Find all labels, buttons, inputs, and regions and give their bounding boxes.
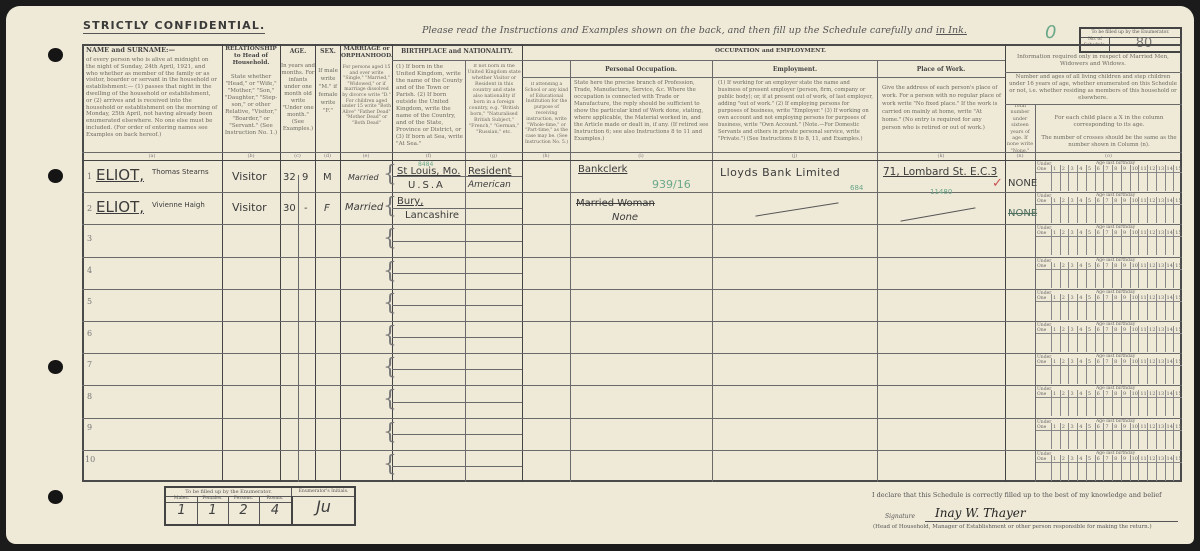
grid-line bbox=[392, 434, 522, 435]
brace-icon: { bbox=[383, 325, 397, 347]
grid-line bbox=[1130, 165, 1131, 191]
surname: ELIOT, bbox=[96, 198, 144, 216]
grid-line bbox=[1095, 294, 1096, 320]
grid-line bbox=[1036, 172, 1182, 173]
grid-line bbox=[1077, 423, 1078, 449]
header-relationship-title: RELATIONSHIP to Head of Household. bbox=[223, 46, 279, 67]
age-grid: Under OneAge last birthday12345678910111… bbox=[1036, 258, 1182, 288]
grid-line bbox=[1051, 358, 1052, 384]
grid-line bbox=[1103, 358, 1104, 384]
grid-line bbox=[1173, 229, 1174, 255]
footer-value: 2 bbox=[228, 503, 259, 518]
punch-hole bbox=[48, 48, 63, 62]
grid-line bbox=[82, 192, 1182, 193]
grid-line bbox=[82, 385, 1182, 386]
grid-line bbox=[1138, 358, 1139, 384]
grid-line bbox=[1060, 455, 1061, 481]
brace-icon: { bbox=[383, 293, 397, 315]
col-letter-j: (j) bbox=[712, 153, 877, 159]
brace-icon: { bbox=[383, 422, 397, 444]
grid-line bbox=[1068, 455, 1069, 481]
grid-line bbox=[82, 257, 1182, 258]
grid-line bbox=[1036, 462, 1182, 463]
grid-line bbox=[1121, 262, 1122, 288]
grid-line bbox=[1103, 423, 1104, 449]
occupation-struck: Married Woman bbox=[576, 198, 655, 209]
grid-line bbox=[1173, 197, 1174, 223]
row-number: 10 bbox=[85, 455, 95, 464]
grid-line bbox=[1165, 165, 1166, 191]
grid-line bbox=[1147, 455, 1148, 481]
grid-line bbox=[1068, 326, 1069, 352]
grid-line bbox=[1147, 390, 1148, 416]
signature-label: Signature bbox=[885, 513, 915, 520]
forenames: Vivienne Haigh bbox=[152, 201, 205, 209]
header-birthplace: BIRTHPLACE and NATIONALITY. bbox=[393, 48, 521, 55]
grid-line bbox=[82, 450, 1182, 451]
grid-line bbox=[1086, 294, 1087, 320]
grid-line bbox=[1060, 262, 1061, 288]
header-marriage-title: MARRIAGE or ORPHANHOOD. bbox=[341, 46, 392, 60]
grid-line bbox=[392, 369, 522, 370]
declaration-text: I declare that this Schedule is correctl… bbox=[872, 491, 1162, 499]
document-title: STRICTLY CONFIDENTIAL. bbox=[83, 19, 265, 34]
brace-icon: { bbox=[383, 164, 397, 186]
grid-line bbox=[1036, 204, 1182, 205]
punch-hole bbox=[48, 360, 63, 374]
occupation-code: 939/16 bbox=[652, 178, 691, 191]
grid-line bbox=[1068, 358, 1069, 384]
grid-line bbox=[1112, 262, 1113, 288]
sex: F bbox=[324, 203, 330, 214]
row-number: 5 bbox=[87, 297, 92, 306]
row-number: 1 bbox=[87, 172, 92, 181]
occupation: Bankclerk bbox=[578, 164, 627, 175]
instruction-text: Please read the Instructions and Example… bbox=[422, 25, 933, 36]
grid-line bbox=[1165, 294, 1166, 320]
grid-line bbox=[1051, 390, 1052, 416]
col-letter-d: (d) bbox=[315, 153, 340, 159]
grid-line bbox=[1051, 423, 1052, 449]
grid-line bbox=[1130, 197, 1131, 223]
employer: Lloyds Bank Limited bbox=[720, 166, 840, 179]
punch-hole bbox=[48, 169, 63, 183]
grid-line bbox=[1165, 262, 1166, 288]
row-number: 6 bbox=[87, 329, 92, 338]
header-birthplace-body2: If not born in the United Kingdom state … bbox=[467, 64, 521, 136]
grid-line bbox=[1165, 423, 1166, 449]
age-grid: Under OneAge last birthday12345678910111… bbox=[1036, 225, 1182, 255]
grid-line bbox=[1068, 165, 1069, 191]
brace-icon: { bbox=[383, 389, 397, 411]
header-children-total: Total number under sixteen years of age.… bbox=[1006, 104, 1034, 155]
header-employment-title: Employment. bbox=[713, 66, 877, 73]
grid-line bbox=[1077, 165, 1078, 191]
footer-col-persons: Persons. 2 bbox=[228, 496, 260, 524]
grid-line bbox=[1086, 455, 1087, 481]
grid-line bbox=[392, 305, 522, 306]
grid-line bbox=[1068, 262, 1069, 288]
grid-line bbox=[1138, 390, 1139, 416]
grid-line bbox=[1051, 262, 1052, 288]
grid-line bbox=[82, 224, 1182, 225]
grid-line bbox=[1138, 326, 1139, 352]
age-years: 32 bbox=[283, 172, 296, 183]
grid-line bbox=[1095, 358, 1096, 384]
brace-icon: { bbox=[383, 357, 397, 379]
age-grid: Under OneAge last birthday12345678910111… bbox=[1036, 322, 1182, 352]
grid-line bbox=[1173, 423, 1174, 449]
grid-line bbox=[1112, 455, 1113, 481]
footer-col-males: Males. 1 bbox=[166, 496, 198, 524]
header-relationship-body: State whether "Head," or "Wife," "Mother… bbox=[223, 74, 279, 137]
children-total: NONE bbox=[1008, 208, 1037, 219]
grid-line bbox=[1130, 455, 1131, 481]
grid-line bbox=[1077, 229, 1078, 255]
marital-status: Married bbox=[348, 173, 379, 182]
grid-line bbox=[1156, 294, 1157, 320]
header-name: NAME and SURNAME:— of every person who i… bbox=[86, 47, 218, 139]
col-letter-a: (a) bbox=[82, 153, 222, 159]
grid-line bbox=[1173, 294, 1174, 320]
sex: M bbox=[323, 172, 332, 183]
col-letter-e: (e) bbox=[340, 153, 392, 159]
grid-line bbox=[1112, 197, 1113, 223]
grid-line bbox=[1156, 423, 1157, 449]
grid-line bbox=[82, 160, 1182, 161]
footer-value: 4 bbox=[259, 503, 291, 518]
grid-line bbox=[1156, 358, 1157, 384]
grid-line bbox=[1173, 326, 1174, 352]
grid-line bbox=[1095, 423, 1096, 449]
brace-icon: { bbox=[383, 454, 397, 476]
grid-line bbox=[1060, 165, 1061, 191]
row-number: 4 bbox=[87, 266, 92, 275]
header-name-body: of every person who is alive at midnight… bbox=[86, 57, 218, 139]
age-grid: Under OneAge last birthday12345678910111… bbox=[1036, 354, 1182, 384]
grid-line bbox=[1173, 455, 1174, 481]
grid-line bbox=[1138, 229, 1139, 255]
grid-line bbox=[1095, 455, 1096, 481]
punch-hole bbox=[48, 490, 63, 504]
footer-label: Persons. bbox=[228, 496, 259, 503]
header-age-body: In years and months. For infants under o… bbox=[281, 63, 315, 133]
age-under-one: Under One bbox=[1037, 355, 1051, 365]
grid-line bbox=[522, 44, 523, 482]
grid-line bbox=[1165, 197, 1166, 223]
grid-line bbox=[1121, 165, 1122, 191]
grid-line bbox=[1112, 326, 1113, 352]
grid-line bbox=[1121, 423, 1122, 449]
enumerator-footer-box: To be filled up by the Enumerator. Males… bbox=[164, 486, 356, 526]
grid-line bbox=[1068, 229, 1069, 255]
grid-line bbox=[522, 77, 1005, 78]
grid-line bbox=[1165, 390, 1166, 416]
grid-line bbox=[82, 289, 1182, 290]
grid-line bbox=[1156, 390, 1157, 416]
age-grid: Under OneAge last birthday12345678910111… bbox=[1036, 290, 1182, 320]
grid-line bbox=[1173, 390, 1174, 416]
header-occupation-title: OCCUPATION and EMPLOYMENT. bbox=[715, 48, 1005, 55]
grid-line bbox=[1130, 294, 1131, 320]
age-years: 30 bbox=[283, 203, 296, 214]
header-name-title: NAME and SURNAME:— bbox=[86, 47, 218, 54]
grid-line bbox=[1095, 390, 1096, 416]
grid-line bbox=[1036, 430, 1182, 431]
grid-line bbox=[1051, 165, 1052, 191]
header-children-body: Number and ages of all living children a… bbox=[1008, 74, 1178, 102]
signature: Inay W. Thayer bbox=[935, 506, 1026, 520]
grid-line bbox=[1121, 229, 1122, 255]
grid-line bbox=[1036, 365, 1182, 366]
footer-value: 1 bbox=[166, 503, 197, 518]
age-grid: Under OneAge last birthday12345678910111… bbox=[1036, 386, 1182, 416]
grid-line bbox=[1086, 326, 1087, 352]
grid-line bbox=[1051, 326, 1052, 352]
age-under-one: Under One bbox=[1037, 323, 1051, 333]
grid-line bbox=[1103, 390, 1104, 416]
grid-line bbox=[1121, 326, 1122, 352]
instruction-line: Please read the Instructions and Example… bbox=[422, 25, 967, 36]
occupation: None bbox=[612, 212, 638, 223]
grid-line bbox=[1147, 197, 1148, 223]
age-under-one: Under One bbox=[1037, 387, 1051, 397]
brace-icon: { bbox=[383, 196, 397, 218]
grid-line bbox=[1147, 294, 1148, 320]
grid-line bbox=[1130, 390, 1131, 416]
grid-line bbox=[1086, 390, 1087, 416]
age-under-one: Under One bbox=[1037, 226, 1051, 236]
grid-line bbox=[1036, 397, 1182, 398]
grid-line bbox=[1138, 294, 1139, 320]
grid-line bbox=[1060, 390, 1061, 416]
row-number: 7 bbox=[87, 360, 92, 369]
grid-line bbox=[1095, 229, 1096, 255]
age-under-one: Under One bbox=[1037, 194, 1051, 204]
birthplace-line2: Lancashire bbox=[405, 210, 459, 221]
grid-line bbox=[1103, 326, 1104, 352]
grid-line bbox=[1086, 197, 1087, 223]
age-grid: Under OneAge last birthday12345678910111… bbox=[1036, 161, 1182, 191]
header-place-of-work-body: Give the address of each person's place … bbox=[882, 84, 1002, 132]
grid-line bbox=[1077, 326, 1078, 352]
birthplace-line2: U.S.A bbox=[408, 180, 445, 191]
grid-line bbox=[1086, 165, 1087, 191]
relationship: Visitor bbox=[232, 170, 267, 183]
grid-line bbox=[1060, 197, 1061, 223]
col-letter-f: (f) bbox=[392, 153, 465, 159]
age-grid: Under OneAge last birthday12345678910111… bbox=[1036, 193, 1182, 223]
grid-line bbox=[392, 402, 522, 403]
header-sex: SEX. If male write "M." if female write … bbox=[316, 48, 340, 115]
grid-line bbox=[1068, 390, 1069, 416]
header-occupation: OCCUPATION and EMPLOYMENT. bbox=[523, 48, 1005, 55]
grid-line bbox=[1036, 301, 1182, 302]
col-letter-b: (b) bbox=[222, 153, 280, 159]
header-school: If attending a School or any kind of Edu… bbox=[524, 82, 569, 146]
grid-line bbox=[1165, 455, 1166, 481]
header-marriage-body: For persons aged 15 and over write "Sing… bbox=[341, 65, 392, 127]
grid-line bbox=[1068, 197, 1069, 223]
grid-line bbox=[1156, 165, 1157, 191]
grid-line bbox=[1130, 262, 1131, 288]
header-children-note: The number of crosses should be the same… bbox=[1040, 135, 1178, 149]
grid-line bbox=[1112, 358, 1113, 384]
grid-line bbox=[1077, 197, 1078, 223]
forenames: Thomas Stearns bbox=[152, 168, 209, 176]
grid-line bbox=[1156, 262, 1157, 288]
grid-line bbox=[1156, 197, 1157, 223]
employer-code: 684 bbox=[850, 184, 863, 192]
grid-line bbox=[1077, 455, 1078, 481]
footer-label: Males. bbox=[166, 496, 197, 503]
grid-line bbox=[82, 353, 1182, 354]
age-months: 9 bbox=[302, 172, 308, 183]
col-letter-h: (h) bbox=[522, 153, 570, 159]
grid-line bbox=[392, 208, 522, 209]
row-number: 2 bbox=[87, 204, 92, 213]
grid-line bbox=[1103, 165, 1104, 191]
age-grid: Under OneAge last birthday12345678910111… bbox=[1036, 419, 1182, 449]
grid-line bbox=[1051, 197, 1052, 223]
grid-line bbox=[1095, 165, 1096, 191]
grid-line bbox=[1130, 358, 1131, 384]
brace-icon: { bbox=[383, 228, 397, 250]
grid-line bbox=[1112, 165, 1113, 191]
grid-line bbox=[1121, 358, 1122, 384]
grid-line bbox=[1103, 455, 1104, 481]
grid-line bbox=[1051, 455, 1052, 481]
enumerator-initials: Ju bbox=[293, 497, 354, 516]
place-code: 11480 bbox=[930, 188, 952, 196]
header-age-title: AGE. bbox=[281, 48, 315, 55]
grid-line bbox=[1121, 390, 1122, 416]
instruction-emphasis: in Ink. bbox=[936, 25, 967, 36]
grid-line bbox=[1077, 358, 1078, 384]
birthplace-line1: St Louis, Mo. bbox=[397, 166, 460, 177]
grid-line bbox=[1112, 229, 1113, 255]
grid-line bbox=[1147, 262, 1148, 288]
grid-line bbox=[1173, 358, 1174, 384]
marital-status: Married bbox=[345, 202, 383, 213]
grid-line bbox=[1086, 262, 1087, 288]
grid-line bbox=[1165, 229, 1166, 255]
header-children-each: For each child place a X in the column c… bbox=[1040, 115, 1178, 129]
surname: ELIOT, bbox=[96, 166, 144, 184]
grid-line bbox=[1130, 229, 1131, 255]
col-letter-k: (k) bbox=[877, 153, 1005, 159]
grid-line bbox=[392, 241, 522, 242]
grid-line bbox=[1138, 165, 1139, 191]
grid-line bbox=[298, 175, 299, 482]
grid-line bbox=[1112, 390, 1113, 416]
header-relationship: RELATIONSHIP to Head of Household. State… bbox=[223, 46, 279, 137]
margin-mark: 0 bbox=[1045, 22, 1056, 43]
age-months: - bbox=[304, 203, 308, 214]
age-grid: Under OneAge last birthday12345678910111… bbox=[1036, 451, 1182, 481]
grid-line bbox=[1121, 294, 1122, 320]
header-children-title: Information required only in respect of … bbox=[1008, 54, 1178, 68]
grid-line bbox=[1156, 326, 1157, 352]
grid-line bbox=[392, 466, 522, 467]
initials-label: Enumerator's Initials. bbox=[293, 488, 354, 497]
check-mark-icon: ✓ bbox=[992, 176, 1003, 191]
grid-line bbox=[1156, 229, 1157, 255]
grid-line bbox=[392, 273, 522, 274]
nationality-line2: American bbox=[468, 180, 511, 190]
header-employment-body: (1) If working for an employer state the… bbox=[718, 80, 874, 143]
footer-value: 1 bbox=[197, 503, 228, 518]
col-letter-i: (i) bbox=[570, 153, 712, 159]
header-sex-title: SEX. bbox=[316, 48, 340, 55]
nationality-line1: Resident bbox=[468, 166, 511, 177]
grid-line bbox=[1068, 423, 1069, 449]
grid-line bbox=[1147, 165, 1148, 191]
grid-line bbox=[1036, 236, 1182, 237]
grid-line bbox=[1147, 229, 1148, 255]
grid-line bbox=[1156, 455, 1157, 481]
grid-line bbox=[1165, 326, 1166, 352]
signature-caption: (Head of Household, Manager of Establish… bbox=[873, 524, 1152, 530]
grid-line bbox=[1060, 423, 1061, 449]
grid-line bbox=[1121, 455, 1122, 481]
grid-line bbox=[1112, 294, 1113, 320]
place-of-work: 71, Lombard St. E.C.3 bbox=[883, 166, 997, 178]
grid-line bbox=[1060, 294, 1061, 320]
grid-line bbox=[1103, 197, 1104, 223]
grid-line bbox=[1138, 262, 1139, 288]
footer-col-females: Females. 1 bbox=[197, 496, 229, 524]
header-place-of-work-title: Place of Work. bbox=[878, 66, 1004, 73]
grid-line bbox=[1095, 326, 1096, 352]
header-birthplace-body1: (1) If born in the United Kingdom, write… bbox=[396, 64, 464, 148]
grid-line bbox=[1095, 197, 1096, 223]
grid-line bbox=[1051, 294, 1052, 320]
grid-line bbox=[1086, 423, 1087, 449]
footer-label: Females. bbox=[197, 496, 228, 503]
grid-line bbox=[1130, 326, 1131, 352]
grid-line bbox=[1165, 358, 1166, 384]
grid-line bbox=[1173, 262, 1174, 288]
row-number: 9 bbox=[87, 423, 92, 432]
row-number: 3 bbox=[87, 234, 92, 243]
grid-line bbox=[1060, 358, 1061, 384]
header-birthplace-title: BIRTHPLACE and NATIONALITY. bbox=[393, 48, 521, 55]
header-sex-body: If male write "M." if female write "F." bbox=[316, 67, 340, 115]
grid-line bbox=[82, 418, 1182, 419]
grid-line bbox=[1005, 72, 1182, 73]
grid-line bbox=[392, 60, 1005, 61]
grid-line bbox=[1173, 165, 1174, 191]
signature-line bbox=[925, 521, 1178, 522]
grid-line bbox=[1112, 423, 1113, 449]
row-number: 8 bbox=[87, 392, 92, 401]
header-personal-occupation-title: Personal Occupation. bbox=[571, 66, 711, 73]
col-letter-g: (g) bbox=[465, 153, 522, 159]
grid-line bbox=[1103, 262, 1104, 288]
col-letter-o: (o) bbox=[1035, 153, 1182, 159]
age-under-one: Under One bbox=[1037, 162, 1051, 172]
grid-line bbox=[1103, 229, 1104, 255]
grid-line bbox=[1138, 455, 1139, 481]
age-under-one: Under One bbox=[1037, 420, 1051, 430]
grid-line bbox=[1077, 294, 1078, 320]
grid-line bbox=[1060, 229, 1061, 255]
grid-line bbox=[1051, 229, 1052, 255]
grid-line bbox=[1036, 333, 1182, 334]
relationship: Visitor bbox=[232, 201, 267, 214]
footer-col-rooms: Rooms. 4 bbox=[259, 496, 293, 524]
